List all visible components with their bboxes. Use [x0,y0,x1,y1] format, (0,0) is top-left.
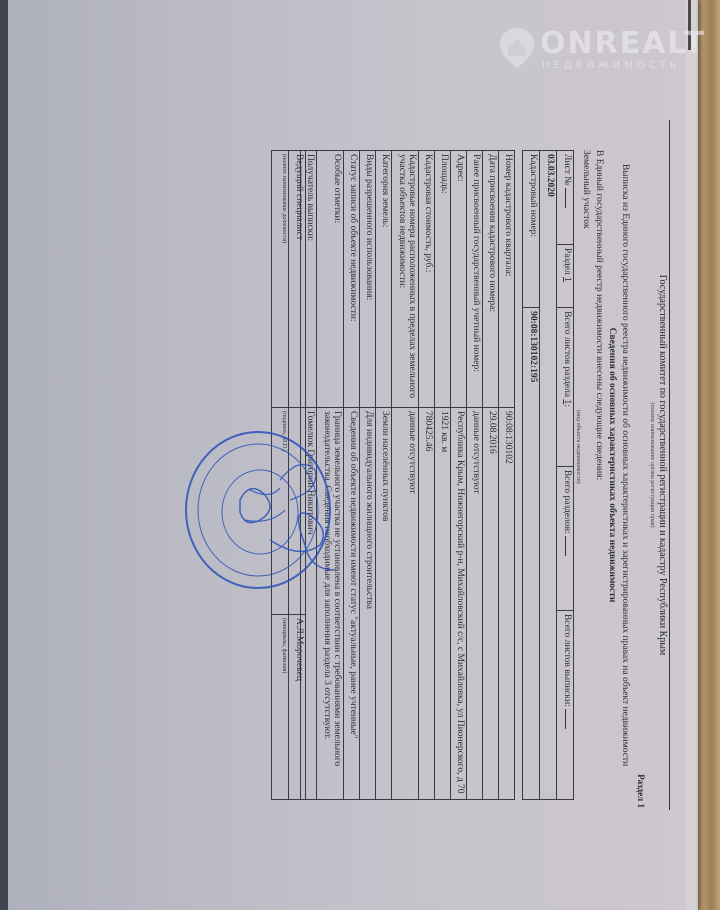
table-row: Категория земель:Земли населённых пункто… [376,151,392,800]
cadastral-number-value: 90:08:130102:195 [523,308,540,800]
total-sheets-cell: Всего листов выписки: [557,610,574,799]
sheet-info-table: Лист № Раздел 1 Всего листов раздела 1: … [522,150,574,800]
header-rule [669,120,670,810]
official-stamp [180,420,340,605]
document-subtitle: Сведения об основных характеристиках объ… [607,110,617,820]
sheet-number-cell: Лист № [557,151,574,245]
object-type-hint: (вид объекта недвижимости) [575,410,581,484]
table-row: Виды разрешенного использования:Для инди… [360,151,376,800]
watermark-subtitle: НЕДВИЖИМОСТЬ [542,60,681,71]
signer-role: Ведущий специалист [289,151,306,408]
signer-name: А.Л.Морочевец [289,615,306,800]
watermark-brand: ONREALT [540,26,706,61]
issuing-authority: Государственный комитет по государственн… [657,110,668,820]
table-row: Адрес:Республика Крым, Нижнегорский р-н,… [451,151,467,800]
table-row: Статус записи об объекте недвижимости:Св… [344,151,360,800]
table-row: Площадь:1921 кв. м [435,151,451,800]
intro-text: В Единый государственный реестр недвижим… [594,150,604,480]
signer-role-hint: (полное наименование должности) [272,151,289,408]
object-type: Земельный участок [581,150,591,229]
table-row: Номер кадастрового квартала:90:08:130102 [499,151,515,800]
total-sheets-section-cell: Всего листов раздела 1: [557,308,574,467]
house-pin-icon [498,26,536,74]
total-sections-cell: Всего разделов: [557,466,574,610]
table-row: Ранее присвоенный государственный учетны… [467,151,483,800]
table-row: Кадастровые номера расположенных в преде… [392,151,419,800]
document-title: Выписка из Единого государственного реес… [620,110,630,820]
cadastral-number-label: Кадастровый номер: [523,151,540,308]
signer-name-hint: (инициалы, фамилия) [272,615,289,800]
issuing-authority-hint: (полное наименование органа регистрации … [649,110,655,820]
table-row: Дата присвоения кадастрового номера:29.0… [483,151,499,800]
section-cell: Раздел 1 [557,244,574,307]
section-label: Раздел 1 [636,774,646,808]
table-row: Кадастровая стоимость, руб.:780425.46 [419,151,435,800]
date-cell: 03.03.2020 [540,151,557,800]
